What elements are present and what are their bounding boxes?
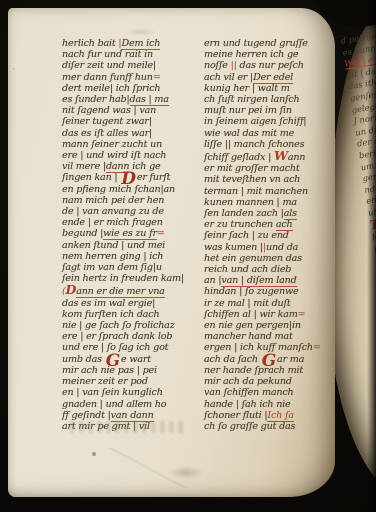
manuscript-line: es ſunder hab|das | ma (62, 94, 202, 105)
text-segment: ſeiner tugent zwar| (62, 116, 152, 127)
crease-mark (104, 448, 194, 488)
manuscript-line: ſchoner fluti |Ich ſa (204, 410, 332, 421)
text-segment: ſchoner fluti | (204, 410, 267, 421)
manuscript-line: ach vil er |Der edel (204, 72, 332, 83)
text-segment: anken ſtund | und mei (62, 240, 165, 251)
text-segment: umb das (62, 354, 105, 365)
manuscript-line: de | van anvang zu de (62, 206, 202, 217)
manuscript-line: umb das Ge wart (62, 354, 202, 365)
facing-page-text: d patrior ladyes kunn habWal | er pndit … (340, 16, 376, 478)
text-column-right: ern und tugend gruſſemeine herren ich ge… (204, 38, 332, 432)
text-segment: ſagt im van dem ſig|u (62, 262, 162, 273)
manuscript-line: van ſchiffen manch (204, 387, 332, 398)
manuscript-line: ſen landen zach |als (204, 208, 332, 219)
text-segment: dert meile| ich ſprich (62, 83, 160, 94)
manuscript-line: mer dann funff hun= (62, 72, 202, 83)
text-segment: ch ſo graſſe gut das (204, 421, 295, 432)
faint-offset-text-smudge (70, 421, 183, 433)
text-segment: ere | und wird iſt nach (62, 150, 166, 161)
text-segment: das es iſt alles war| (62, 128, 152, 139)
manuscript-line: ſeinr ſach | zu end (204, 230, 332, 241)
manuscript-line: hande | ſah ich nie (204, 399, 332, 410)
rubric-segment: = (313, 342, 321, 353)
manuscript-line: mancher hand mat (204, 331, 332, 342)
text-column-left: herlich bait |Dem ichnach fur und rait i… (62, 38, 202, 432)
manuscript-line: wie wal das mit me (204, 128, 332, 139)
text-segment: er zu trunchen (204, 219, 276, 230)
stain (126, 28, 156, 36)
text-segment: er furſt (137, 172, 170, 183)
text-segment: ach vil er | (204, 72, 253, 83)
rubric-initial: D (66, 282, 77, 297)
manuscript-line: mann ſeiner zucht un (62, 139, 202, 150)
text-segment: de | van anvang zu de (62, 206, 164, 217)
text-segment: mit teveſthen vn ach (204, 174, 300, 185)
rubric-segment: Ich ſa (267, 410, 293, 422)
rubric-segment: = (298, 309, 306, 320)
text-segment: mer dann funff hun (62, 72, 153, 83)
manuscript-line: ende | er mich fragen (62, 217, 202, 228)
manuscript-line: ſein hertz in freuden kam| (62, 273, 202, 284)
manuscript-line: meiner zeit er pod (62, 376, 202, 387)
text-segment: ende | er mich fragen (62, 217, 163, 228)
manuscript-line: ſagt im van dem ſig|u (62, 262, 202, 273)
manuscript-line: en pfieng mich ſchan|an (62, 184, 202, 195)
manuscript-line: ſchiff geſladx | Wann (204, 150, 332, 163)
text-segment: nem herren ging | ich (62, 251, 163, 262)
manuscript-line: meine herren ich ge (204, 49, 332, 60)
rubric-segment: van | diſem land (221, 275, 296, 287)
text-segment: ſchiffen al | wir kam (204, 309, 298, 320)
manuscript-line: het ein genumen das (204, 253, 332, 264)
text-segment: ner hande ſprach mit (204, 365, 303, 376)
text-segment: terman | mit manchen (204, 186, 308, 197)
manuscript-line: ch ſuſt nirgen lanſch (204, 94, 332, 105)
text-segment: ſeinr ſach | zu end (204, 230, 289, 241)
text-segment: und da (266, 242, 298, 253)
rubric-initial: T (369, 216, 376, 232)
text-segment: ar ma (277, 354, 304, 365)
manuscript-line: kunen mannen | ma (204, 197, 332, 208)
text-segment: mancher hand mat (204, 331, 293, 342)
manuscript-line: nam mich pei der hen (62, 195, 202, 206)
text-segment: ch ſuſt nirgen lanſch (204, 94, 300, 105)
manuscript-line: mit teveſthen vn ach (204, 174, 332, 185)
rubric-segment: van dann (111, 410, 154, 422)
manuscript-page: herlich bait |Dem ichnach fur und rait i… (8, 8, 335, 497)
facing-page-column: d patrior ladyes kunn habWal | er pndit … (340, 16, 376, 441)
manuscript-line: ch ſo graſſe gut das (204, 421, 332, 432)
text-segment: mann ſeiner zucht un (62, 139, 162, 150)
manuscript-line: er mit groſſer macht (204, 163, 332, 174)
text-segment: in ſeinem aigen ſchiff| (204, 116, 306, 127)
manuscript-line: nach fur und rait in (62, 49, 202, 60)
text-segment: muſt nur pei im ſin (204, 105, 292, 116)
text-segment: ſingen kan | (62, 172, 120, 183)
text-segment: ir ze mal | mit duſt (204, 298, 291, 309)
text-segment: nach fur und rait in (62, 49, 153, 60)
text-segment: en pfieng mich ſchan|an (62, 184, 175, 195)
manuscript-line: liſſe || manch ſchones (204, 139, 332, 150)
manuscript-line: hindan | ſo zugenwe (204, 286, 332, 297)
manuscript-line: nit ſagend was | van (62, 105, 202, 116)
text-segment: reich und ach dieb (204, 264, 291, 275)
text-segment: en nie gen pergen|in (204, 320, 301, 331)
manuscript-line: das es im wal ergie| (62, 298, 202, 309)
manuscript-line: herlich bait |Dem ich (62, 38, 202, 49)
manuscript-line: nem herren ging | ich (62, 251, 202, 262)
manuscript-line: kunig her | walt m (204, 83, 332, 94)
text-segment: kunig her | walt m (204, 83, 290, 94)
text-segment: ergen | ich kuff manſch (204, 342, 313, 353)
manuscript-line: muſt nur pei im ſin (204, 105, 332, 116)
manuscript-line: ern und tugend gruſſe (204, 38, 332, 49)
text-segment: gnaden | und allem ho (62, 399, 166, 410)
dust-speck (13, 68, 15, 70)
rubric-segment: wie es zu fr (103, 228, 157, 240)
manuscript-photo: d patrior ladyes kunn habWal | er pndit … (0, 0, 376, 512)
manuscript-line: ere | er ſprach dank lob (62, 331, 202, 342)
text-segment: en | van ſein kunglich (62, 387, 163, 398)
text-segment: kom furſten ich dach (62, 309, 159, 320)
text-segment: nit ſagend was | van (62, 105, 156, 116)
text-segment: noſſe (204, 60, 231, 71)
text-segment: ſen landen zach | (204, 208, 284, 219)
manuscript-line: ere | und wird iſt nach (62, 150, 202, 161)
manuscript-line: nie | ge ſach ſo frolichaz (62, 320, 202, 331)
text-segment: nie | ge ſach ſo frolichaz (62, 320, 175, 331)
manuscript-line: in ſeinem aigen ſchiff| (204, 116, 332, 127)
text-segment: was kumen | (204, 242, 263, 253)
manuscript-line: gnaden | und allem ho (62, 399, 202, 410)
manuscript-line: das es iſt alles war| (62, 128, 202, 139)
manuscript-line: ff geſindt |van dann (62, 410, 202, 421)
manuscript-line: mir ach nie pas | pei (62, 365, 202, 376)
manuscript-line: reich und ach dieb (204, 264, 332, 275)
manuscript-line: ſchiffen al | wir kam= (204, 309, 332, 320)
manuscript-line: kom furſten ich dach (62, 309, 202, 320)
text-segment: wie wal das mit me (204, 128, 294, 139)
manuscript-line: dert meile| ich ſprich (62, 83, 202, 94)
rubric-initial: W (274, 148, 288, 163)
text-segment: ſchiff geſladx | (204, 152, 274, 163)
manuscript-line: noſſe || das nur peſch (204, 60, 332, 71)
stain (92, 452, 96, 456)
manuscript-line: en nie gen pergen|in (204, 320, 332, 331)
manuscript-line: ſeiner tugent zwar| (62, 116, 202, 127)
manuscript-line: mir ach da pekund (204, 376, 332, 387)
text-segment: begund | (62, 228, 103, 239)
text-segment: herlich bait (62, 38, 118, 49)
text-segment: ern und tugend gruſſe (204, 38, 308, 49)
text-segment: nam mich pei der hen (62, 195, 164, 206)
rubric-segment: ann er die mer vna (76, 286, 165, 298)
manuscript-line: ir ze mal | mit duſt (204, 298, 332, 309)
text-segment: ſein hertz in freuden kam| (62, 273, 184, 284)
manuscript-line: er zu trunchen ach (204, 219, 332, 230)
text-segment: hindan | ſo zugenwe (204, 286, 299, 297)
manuscript-line: und ere | ſo ſag ich got (62, 342, 202, 353)
manuscript-line: terman | mit manchen (204, 186, 332, 197)
text-segment: ach da ſach (204, 354, 261, 365)
rubric-segment: = (153, 72, 161, 83)
manuscript-line: begund |wie es zu fr= (62, 228, 202, 239)
text-segment: das es im wal ergie| (62, 298, 155, 309)
manuscript-line: (Dann er die mer vna (62, 284, 202, 297)
text-segment: meiner zeit er pod (62, 376, 148, 387)
text-segment: kunen mannen | ma (204, 197, 297, 208)
manuscript-line: anken ſtund | und mei (62, 240, 202, 251)
manuscript-line: en | van ſein kunglich (62, 387, 202, 398)
text-segment: het ein genumen das (204, 253, 302, 264)
text-segment: mir ach da pekund (204, 376, 292, 387)
text-segment: es ſunder hab| (62, 94, 130, 105)
text-segment: meine herren ich ge (204, 49, 298, 60)
manuscript-line: an |van | diſem land (204, 275, 332, 286)
text-segment: das nur peſch (237, 60, 304, 71)
rubric-segment: ach (276, 219, 293, 231)
text-segment: ff geſindt | (62, 410, 111, 421)
manuscript-line: ner hande ſprach mit (204, 365, 332, 376)
manuscript-line: was kumen ||und da (204, 242, 332, 253)
text-segment: vil mere | (62, 161, 106, 172)
rubric-segment: das | ma (130, 94, 169, 106)
text-segment: ere | er ſprach dank lob (62, 331, 172, 342)
text-segment: van ſchiffen manch (204, 387, 294, 398)
manuscript-line: ſingen kan | Der furſt (62, 172, 202, 183)
text-segment: ann (288, 152, 305, 163)
text-segment: an | (204, 275, 221, 286)
text-segment: mir ach nie pas | pei (62, 365, 157, 376)
rubric-segment: Der edel (253, 72, 293, 84)
text-segment: er mit groſſer macht (204, 163, 300, 174)
rubric-segment: Dem ich (121, 38, 160, 50)
manuscript-line: diſer zeit und meile| (62, 60, 202, 71)
rubric-segment: als (284, 208, 297, 220)
text-segment: e wart (121, 354, 151, 365)
manuscript-line: ach da ſach Gar ma (204, 354, 332, 365)
rubric-segment: = (157, 228, 165, 239)
text-segment: liſſe || manch ſchones (204, 139, 304, 150)
text-segment: diſer zeit und meile| (62, 60, 156, 71)
text-segment: hande | ſah ich nie (204, 399, 291, 410)
